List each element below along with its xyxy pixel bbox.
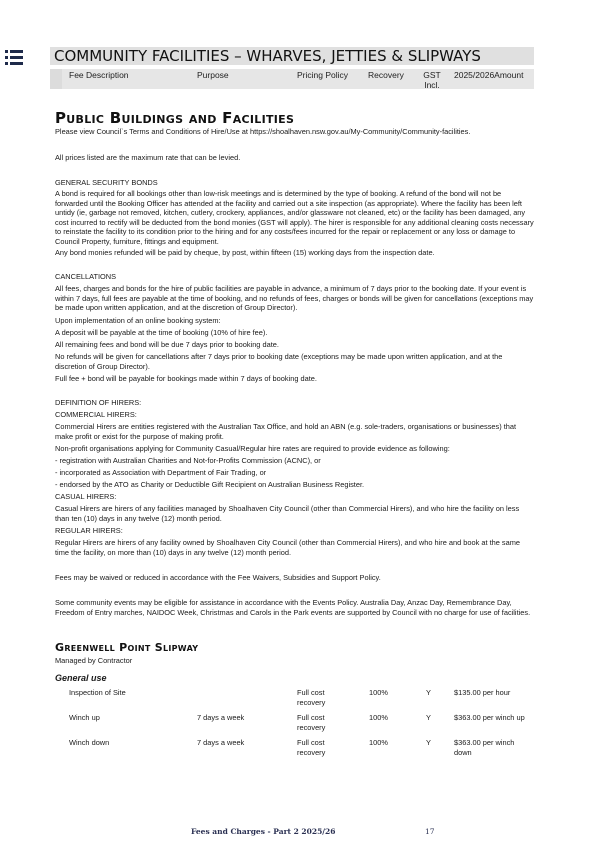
page-number: 17	[425, 827, 435, 836]
footer-title: Fees and Charges - Part 2 2025/26	[191, 827, 335, 836]
managed-by-text: Managed by Contractor	[55, 656, 535, 666]
fee-purpose: 7 days a week	[197, 713, 244, 723]
fee-amount: $135.00 per hour	[454, 688, 534, 698]
fee-amount: $363.00 per winch up	[454, 713, 534, 723]
definition-heading: DEFINITION OF HIRERS:	[55, 398, 535, 408]
cancellations-heading: CANCELLATIONS	[55, 272, 535, 282]
bonds-heading: GENERAL SECURITY BONDS	[55, 178, 535, 188]
slipway-heading: Greenwell Point Slipway	[55, 641, 198, 654]
bonds-text: A bond is required for all bookings othe…	[55, 189, 535, 247]
full-fee-text: Full fee + bond will be payable for book…	[55, 374, 535, 384]
bonds-refund-text: Any bond monies refunded will be paid by…	[55, 248, 535, 258]
general-use-heading: General use	[55, 673, 107, 683]
online-booking-text: Upon implementation of an online booking…	[55, 316, 535, 326]
casual-heading: CASUAL HIRERS:	[55, 492, 535, 502]
column-gst: GST Incl.	[420, 71, 444, 90]
column-pricing-policy: Pricing Policy	[297, 71, 348, 81]
fee-gst: Y	[426, 688, 431, 698]
column-fee-description: Fee Description	[69, 71, 129, 81]
fee-policy: Full cost recovery	[297, 688, 347, 707]
remaining-fees-text: All remaining fees and bond will be due …	[55, 340, 535, 350]
fee-policy: Full cost recovery	[297, 738, 347, 757]
cancellations-text: All fees, charges and bonds for the hire…	[55, 284, 535, 313]
fee-amount: $363.00 per winch down	[454, 738, 534, 757]
no-refund-text: No refunds will be given for cancellatio…	[55, 352, 535, 371]
fee-description: Winch up	[69, 713, 100, 723]
fee-waiver-text: Fees may be waived or reduced in accorda…	[55, 573, 535, 583]
fee-description: Winch down	[69, 738, 109, 748]
fee-policy: Full cost recovery	[297, 713, 347, 732]
fee-description: Inspection of Site	[69, 688, 126, 698]
events-text: Some community events may be eligible fo…	[55, 598, 535, 617]
column-purpose: Purpose	[197, 71, 229, 81]
nonprofit-item-2: - incorporated as Association with Depar…	[55, 468, 535, 478]
max-rate-note: All prices listed are the maximum rate t…	[55, 153, 535, 163]
nonprofit-text: Non-profit organisations applying for Co…	[55, 444, 535, 454]
column-header-row: Fee Description Purpose Pricing Policy R…	[50, 69, 534, 89]
fee-recovery: 100%	[369, 738, 388, 748]
fee-recovery: 100%	[369, 688, 388, 698]
commercial-text: Commercial Hirers are entities registere…	[55, 422, 535, 441]
header-stripe	[50, 69, 62, 89]
regular-heading: REGULAR HIRERS:	[55, 526, 535, 536]
nonprofit-item-3: - endorsed by the ATO as Charity or Dedu…	[55, 480, 535, 490]
fee-recovery: 100%	[369, 713, 388, 723]
deposit-text: A deposit will be payable at the time of…	[55, 328, 535, 338]
fee-gst: Y	[426, 738, 431, 748]
fee-gst: Y	[426, 713, 431, 723]
column-recovery: Recovery	[368, 71, 404, 81]
commercial-heading: COMMERCIAL HIRERS:	[55, 410, 535, 420]
list-icon[interactable]	[5, 50, 23, 66]
terms-link-text: Please view Council`s Terms and Conditio…	[55, 127, 535, 137]
fee-purpose: 7 days a week	[197, 738, 244, 748]
nonprofit-item-1: - registration with Australian Charities…	[55, 456, 535, 466]
regular-text: Regular Hirers are hirers of any facilit…	[55, 538, 535, 557]
section-heading: Public Buildings and Facilities	[55, 109, 294, 127]
casual-text: Casual Hirers are hirers of any faciliti…	[55, 504, 535, 523]
page-title: COMMUNITY FACILITIES – WHARVES, JETTIES …	[50, 47, 534, 65]
column-amount: 2025/2026Amount	[454, 71, 523, 81]
